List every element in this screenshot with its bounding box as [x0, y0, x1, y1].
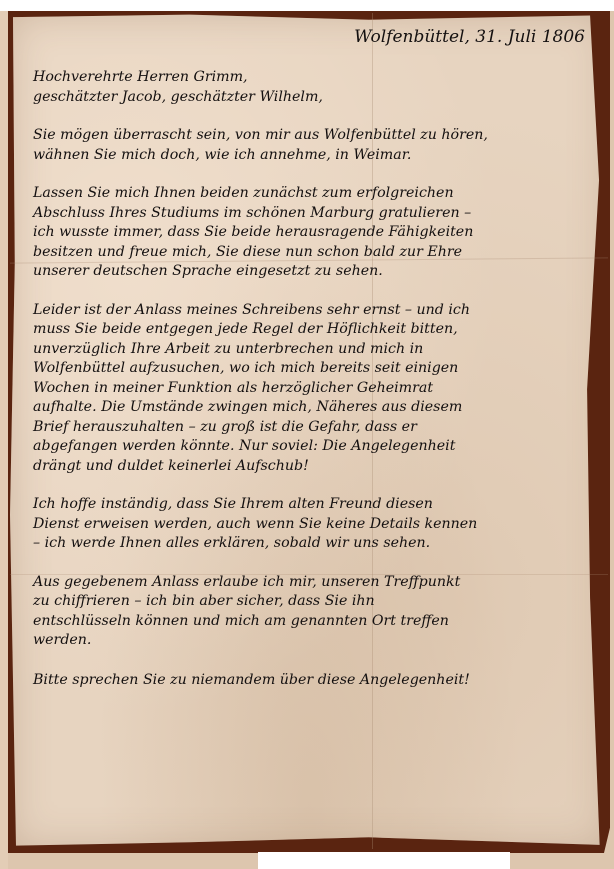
letter-line: abgefangen werden könnte. Nur soviel: Di…	[33, 437, 593, 457]
salutation-line: geschätzter Jacob, geschätzter Wilhelm,	[33, 88, 593, 108]
letter-line: aufhalte. Die Umstände zwingen mich, Näh…	[33, 398, 593, 418]
salutation-line: Hochverehrte Herren Grimm,	[33, 68, 593, 88]
letter-line: Lassen Sie mich Ihnen beiden zunächst zu…	[33, 184, 593, 204]
dateline: Wolfenbüttel, 31. Juli 1806	[33, 20, 593, 54]
letter-line: werden.	[33, 631, 593, 651]
paragraph-urgent-request: Leider ist der Anlass meines Schreibens …	[33, 301, 593, 477]
letter-line: muss Sie beide entgegen jede Regel der H…	[33, 320, 593, 340]
paragraph-cipher: Aus gegebenem Anlass erlaube ich mir, un…	[33, 573, 593, 651]
letter-line: ich wusste immer, dass Sie beide herausr…	[33, 223, 593, 243]
letter-line: unserer deutschen Sprache eingesetzt zu …	[33, 262, 593, 282]
letter-line: Dienst erweisen werden, auch wenn Sie ke…	[33, 515, 593, 535]
letter-line: zu chiffrieren – ich bin aber sicher, da…	[33, 592, 593, 612]
letter-line: Wolfenbüttel aufzusuchen, wo ich mich be…	[33, 359, 593, 379]
paragraph-hope: Ich hoffe inständig, dass Sie Ihrem alte…	[33, 495, 593, 554]
letter-line: Aus gegebenem Anlass erlaube ich mir, un…	[33, 573, 593, 593]
letter-body: Wolfenbüttel, 31. Juli 1806 Hochverehrte…	[33, 20, 593, 709]
letter-line: Leider ist der Anlass meines Schreibens …	[33, 301, 593, 321]
letter-line: entschlüsseln können und mich am genannt…	[33, 612, 593, 632]
letter-line: Ich hoffe inständig, dass Sie Ihrem alte…	[33, 495, 593, 515]
letter-line: Abschluss Ihres Studiums im schönen Marb…	[33, 204, 593, 224]
paragraph-congratulations: Lassen Sie mich Ihnen beiden zunächst zu…	[33, 184, 593, 282]
paragraph-secrecy: Bitte sprechen Sie zu niemandem über die…	[33, 671, 593, 691]
paragraph-surprise: Sie mögen überrascht sein, von mir aus W…	[33, 126, 593, 165]
letter-line: Brief herauszuhalten – zu groß ist die G…	[33, 418, 593, 438]
left-background-strip	[0, 11, 8, 869]
bottom-gap	[258, 852, 510, 869]
letter-line: Bitte sprechen Sie zu niemandem über die…	[33, 671, 593, 691]
letter-line: – ich werde Ihnen alles erklären, sobald…	[33, 534, 593, 554]
letter-line: Sie mögen überrascht sein, von mir aus W…	[33, 126, 593, 146]
letter-line: wähnen Sie mich doch, wie ich annehme, i…	[33, 146, 593, 166]
letter-line: besitzen und freue mich, Sie diese nun s…	[33, 243, 593, 263]
letter-scene: Wolfenbüttel, 31. Juli 1806 Hochverehrte…	[0, 0, 614, 869]
top-margin	[0, 0, 614, 11]
letter-line: drängt und duldet keinerlei Aufschub!	[33, 457, 593, 477]
salutation: Hochverehrte Herren Grimm, geschätzter J…	[33, 68, 593, 107]
letter-line: Wochen in meiner Funktion als herzöglich…	[33, 379, 593, 399]
letter-line: unverzüglich Ihre Arbeit zu unterbrechen…	[33, 340, 593, 360]
